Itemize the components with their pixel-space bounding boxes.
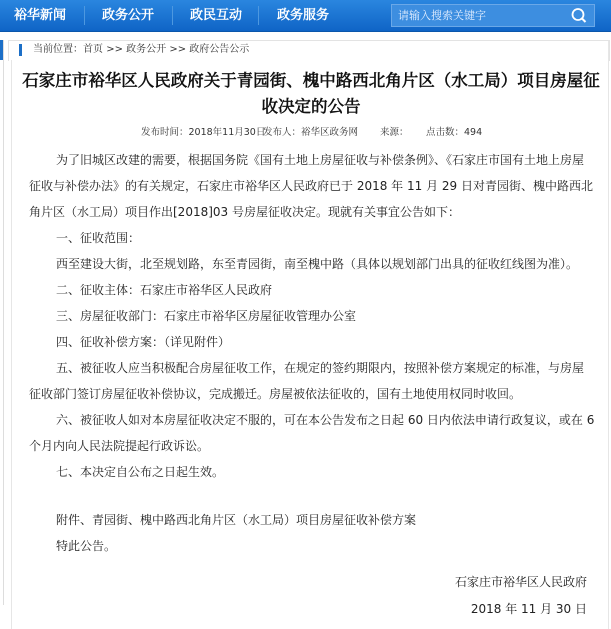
source: 来源：	[380, 124, 409, 138]
click-count: 点击数：494	[426, 124, 482, 138]
section-scope-heading: 一、征收范围：	[29, 225, 595, 251]
attachment-link[interactable]: 附件、青园街、槐中路西北角片区（水工局）项目房屋征收补偿方案	[29, 507, 595, 533]
nav-divider	[172, 6, 173, 25]
breadcrumb-home[interactable]: 首页	[83, 44, 103, 55]
search-input[interactable]	[398, 5, 558, 26]
publish-time: 发布时间：2018年11月30日	[141, 124, 265, 138]
section-effective: 七、本决定自公布之日起生效。	[29, 459, 595, 485]
top-navigation: 裕华新闻 政务公开 政民互动 政务服务	[0, 0, 611, 32]
breadcrumb-notices[interactable]: 政府公告公示	[189, 44, 249, 55]
sidebar-border	[3, 40, 4, 605]
section-compensation: 四、征收补偿方案：（详见附件）	[29, 329, 595, 355]
nav-item-citizen-interaction[interactable]: 政民互动	[190, 0, 242, 31]
search-button[interactable]	[570, 7, 588, 24]
content-border-left	[11, 60, 12, 629]
breadcrumb: 当前位置：首页 >> 政务公开 >> 政府公告公示	[33, 43, 249, 57]
search-icon	[570, 7, 588, 24]
nav-divider	[258, 6, 259, 25]
closing-text: 特此公告。	[29, 533, 595, 559]
section-appeal: 六、被征收人如对本房屋征收决定不服的，可在本公告发布之日起 60 日内依法申请行…	[29, 407, 595, 459]
nav-divider	[84, 6, 85, 25]
breadcrumb-separator: >>	[106, 44, 123, 55]
breadcrumb-marker	[19, 44, 22, 56]
search-box	[391, 4, 595, 27]
nav-item-government-affairs[interactable]: 政务公开	[102, 0, 154, 31]
intro-paragraph: 为了旧城区改建的需要，根据国务院《国有土地上房屋征收与补偿条例》、《石家庄市国有…	[29, 147, 595, 225]
section-cooperation: 五、被征收人应当积极配合房屋征收工作，在规定的签约期限内，按照补偿方案规定的标准…	[29, 355, 595, 407]
content-border-right	[608, 40, 609, 629]
signature-date: 2018 年 11 月 30 日	[471, 600, 587, 617]
article-body: 为了旧城区改建的需要，根据国务院《国有土地上房屋征收与补偿条例》、《石家庄市国有…	[29, 147, 595, 559]
publisher: 发布人：裕华区政务网	[263, 124, 358, 138]
article-title: 石家庄市裕华区人民政府关于青园街、槐中路西北角片区（水工局）项目房屋征收决定的公…	[20, 68, 602, 120]
breadcrumb-separator: >>	[169, 44, 186, 55]
signature: 石家庄市裕华区人民政府	[455, 573, 587, 590]
breadcrumb-government-affairs[interactable]: 政务公开	[126, 44, 166, 55]
nav-item-yuhua-news[interactable]: 裕华新闻	[14, 0, 66, 31]
breadcrumb-label: 当前位置：	[33, 44, 83, 55]
section-scope-detail: 西至建设大街，北至规划路，东至青园街，南至槐中路（具体以规划部门出具的征收红线图…	[29, 251, 595, 277]
nav-item-government-services[interactable]: 政务服务	[277, 0, 329, 31]
section-subject: 二、征收主体：石家庄市裕华区人民政府	[29, 277, 595, 303]
section-department: 三、房屋征收部门：石家庄市裕华区房屋征收管理办公室	[29, 303, 595, 329]
